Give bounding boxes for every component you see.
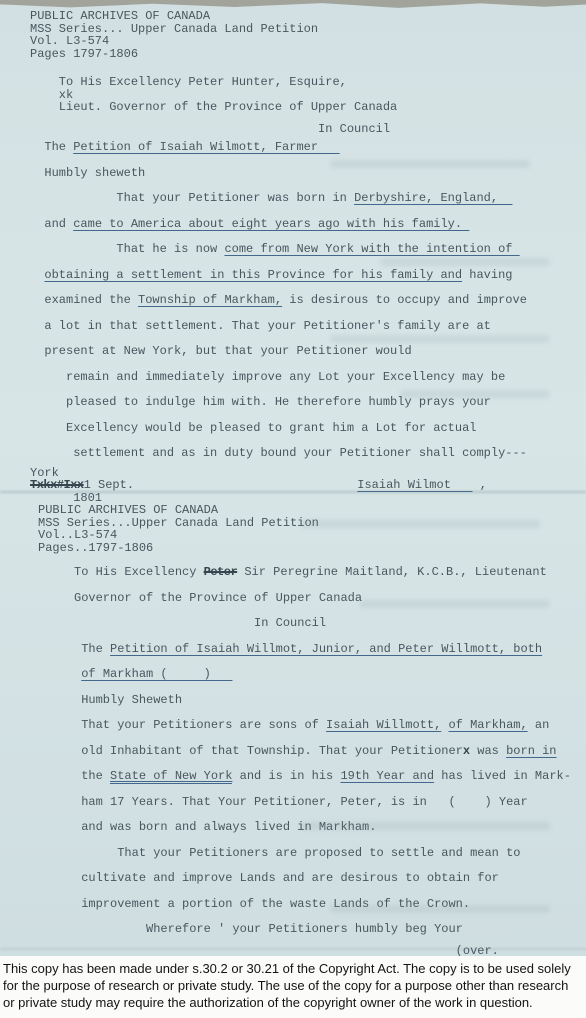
typed-text: The (38, 642, 110, 656)
typed-line: Pages..1797-1806 (38, 542, 586, 555)
typed-line: obtaining a settlement in this Province … (30, 263, 586, 289)
typed-text: examined the (30, 293, 138, 307)
typed-line: the State of New York and is in his 19th… (38, 764, 586, 790)
typed-line: That your Petitioners are proposed to se… (38, 841, 586, 867)
underlined-text: born in (506, 744, 556, 758)
typed-line: and came to America about eight years ag… (30, 212, 586, 238)
typed-text: was (470, 744, 506, 758)
typed-text: To His Excellency (38, 565, 204, 579)
copyright-text-line: or private study may require the authori… (3, 994, 584, 1011)
typed-line: To His Excellency Peter Sir Peregrine Ma… (38, 560, 586, 586)
typed-text: settlement and as in duty bound your Pet… (30, 446, 527, 460)
typed-text: old Inhabitant of that Township. That yo… (38, 744, 463, 758)
typed-line: The Petition of Isaiah Wilmott, Farmer (30, 135, 586, 161)
typed-text (134, 478, 357, 492)
typed-text (38, 667, 81, 681)
typed-text: Pages 1797-1806 (30, 47, 138, 61)
typed-line: In Council (38, 611, 586, 637)
typed-text: remain and immediately improve any Lot y… (30, 370, 505, 384)
scanned-page: PUBLIC ARCHIVES OF CANADAMSS Series... U… (0, 0, 586, 956)
typed-text: ham 17 Years. That Your Petitioner, Pete… (38, 795, 528, 809)
typed-text: In Council (38, 616, 326, 630)
typed-text: Governor of the Province of Upper Canada (38, 591, 362, 605)
typed-text: To His Excellency Peter Hunter, Esquire, (30, 75, 347, 89)
underlined-text: of Markham, (448, 718, 527, 732)
typed-text: an (528, 718, 550, 732)
overtyped-text: x (463, 744, 470, 758)
typed-line: Wherefore ' your Petitioners humbly beg … (38, 917, 586, 943)
typed-line: examined the Township of Markham, is des… (30, 288, 586, 314)
underlined-text: Isaiah Willmott, (326, 718, 441, 732)
typed-line: cultivate and improve Lands and are desi… (38, 866, 586, 892)
petition-document-1: PUBLIC ARCHIVES OF CANADAMSS Series... U… (0, 0, 586, 504)
typed-text: the (38, 769, 110, 783)
typed-text: has lived in Mark- (434, 769, 571, 783)
fold-crease (0, 948, 586, 950)
typed-line: settlement and as in duty bound your Pet… (30, 441, 586, 467)
typed-text: Excellency would be pleased to grant him… (30, 421, 476, 435)
underlined-text: Isaiah Wilmot (357, 478, 472, 492)
underlined-text: came to America about eight years ago wi… (73, 217, 469, 231)
typed-line: Excellency would be pleased to grant him… (30, 416, 586, 442)
typed-text: Pages..1797-1806 (38, 541, 153, 555)
typed-text: having (462, 268, 512, 282)
ink-bleed-ghost (330, 905, 550, 913)
typed-text: present at New York, but that your Petit… (30, 344, 412, 358)
typed-line: That your Petitioner was born in Derbysh… (30, 186, 586, 212)
typed-line: remain and immediately improve any Lot y… (30, 365, 586, 391)
underlined-text: of Markham ( ) (81, 667, 232, 681)
ink-bleed-ghost (330, 335, 550, 343)
typed-text: Wherefore ' your Petitioners humbly beg … (38, 922, 463, 936)
fold-crease (0, 491, 586, 493)
underlined-text: come from New York with the intention of (224, 242, 519, 256)
typed-text (30, 268, 44, 282)
underlined-text: obtaining a settlement in this Province … (44, 268, 462, 282)
ink-bleed-ghost (300, 822, 550, 830)
typed-line: Humbly Sheweth (38, 688, 586, 714)
typed-line: That your Petitioners are sons of Isaiah… (38, 713, 586, 739)
strikeout-text: Peter (204, 565, 238, 579)
typed-text: Humbly Sheweth (38, 693, 182, 707)
typed-line: In Council (30, 123, 586, 136)
typed-text: is desirous to occupy and improve (282, 293, 527, 307)
typed-line: (over. (38, 945, 586, 957)
underlined-text: Petition of Isaiah Willmot, Junior, and … (110, 642, 542, 656)
underlined-text: Derbyshire, England, (354, 191, 512, 205)
typed-text: The (30, 140, 73, 154)
typed-text: and is in his (232, 769, 340, 783)
underlined-text: Petition of Isaiah Wilmott, Farmer (73, 140, 339, 154)
ink-bleed-ghost (380, 258, 550, 266)
typed-line: Lieut. Governor of the Province of Upper… (30, 101, 586, 114)
typed-text: a lot in that settlement. That your Peti… (30, 319, 491, 333)
typed-line: To His Excellency Peter Hunter, Esquire, (30, 76, 586, 89)
typed-line: of Markham ( ) (38, 662, 586, 688)
typed-line: MSS Series... Upper Canada Land Petition (30, 23, 586, 36)
ink-bleed-ghost (400, 390, 550, 398)
typed-text: Humbly sheweth (30, 166, 145, 180)
petition-document-2: PUBLIC ARCHIVES OF CANADAMSS Series...Up… (0, 504, 586, 956)
typed-text: That he is now (30, 242, 224, 256)
typed-line: ham 17 Years. That Your Petitioner, Pete… (38, 790, 586, 816)
copyright-text-line: This copy has been made under s.30.2 or … (3, 960, 584, 977)
typed-line: old Inhabitant of that Township. That yo… (38, 739, 586, 765)
typed-text: and (30, 217, 73, 231)
double-underlined-text: State of New York (110, 769, 232, 784)
underlined-text: 19th Year and (340, 769, 434, 783)
typed-text: cultivate and improve Lands and are desi… (38, 871, 499, 885)
typed-line: The Petition of Isaiah Willmot, Junior, … (38, 637, 586, 663)
underlined-text: Township of Markham, (138, 293, 282, 307)
typed-text: In Council (30, 122, 390, 136)
typed-text: That your Petitioners are sons of (38, 718, 326, 732)
ink-bleed-ghost (360, 600, 550, 608)
typed-text: Sir Peregrine Maitland, K.C.B., Lieutena… (237, 565, 547, 579)
typed-text: That your Petitioner was born in (30, 191, 354, 205)
typed-text: , (473, 478, 487, 492)
ink-bleed-ghost (330, 160, 530, 168)
typed-text: That your Petitioners are proposed to se… (38, 846, 520, 860)
ink-bleed-ghost (300, 520, 540, 528)
copyright-notice: This copy has been made under s.30.2 or … (0, 956, 586, 1018)
typed-line: Pages 1797-1806 (30, 48, 586, 61)
copyright-text-line: for the purpose of research or private s… (3, 977, 584, 994)
typed-text: Lieut. Governor of the Province of Upper… (30, 100, 397, 114)
typed-line: Txkx#Ixx1 Sept. Isaiah Wilmot , (30, 479, 586, 492)
